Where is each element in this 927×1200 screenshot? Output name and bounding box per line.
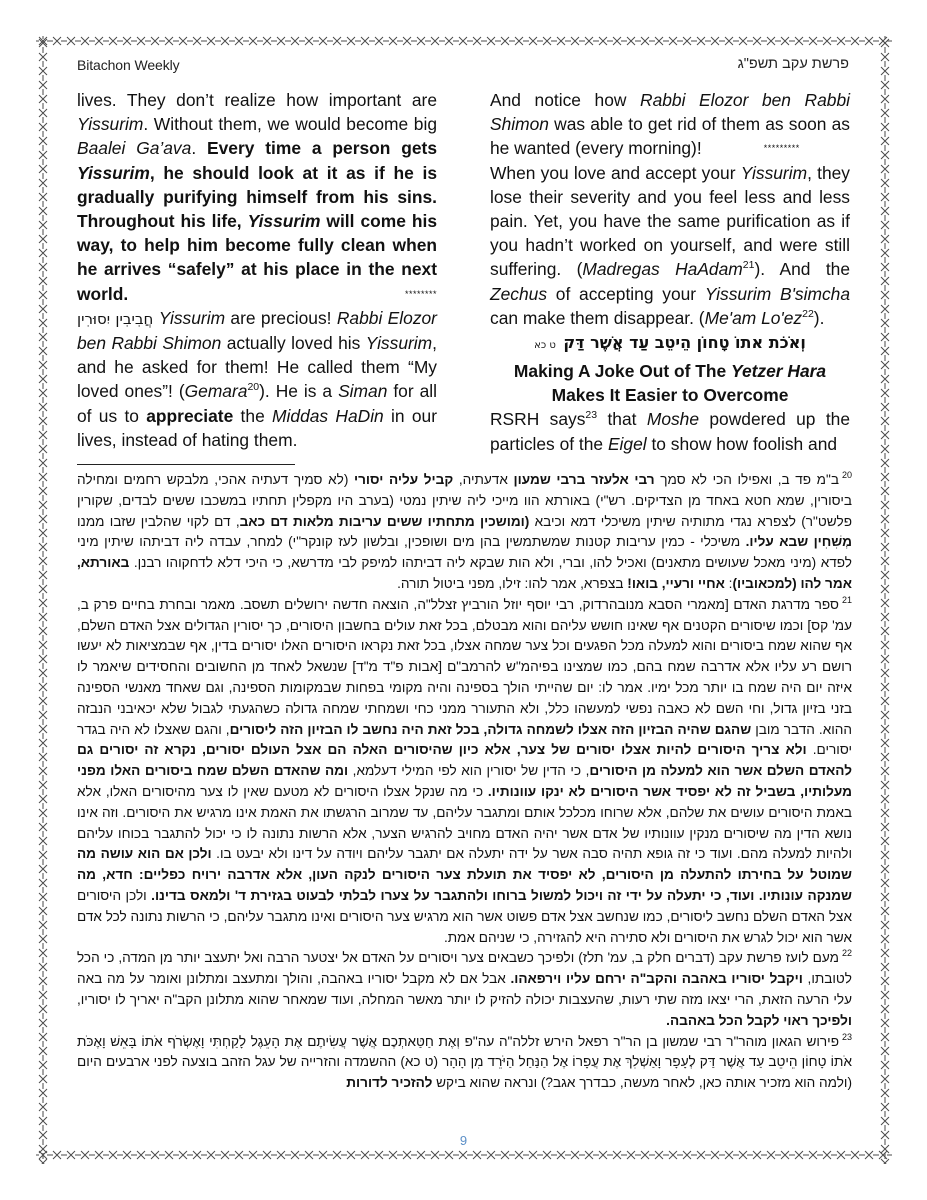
footnote-23: 23פירוש הגאון מוהר"ר רבי שמשון בן הר"ר ר… [77,1032,852,1094]
decorative-border-right [878,36,892,1164]
publication-title: Bitachon Weekly [77,57,180,73]
footnote-ref-21: 21 [743,259,755,271]
footnote-ref-23: 23 [585,409,597,421]
footnote-separator [77,464,295,465]
emphasis-text: Every time a person gets Yissurim, he sh… [77,138,437,303]
left-column: lives. They don’t realize how important … [77,88,437,452]
paragraph: And notice how Rabbi Elozor ben Rabbi Sh… [490,88,850,161]
paragraph: חֲבִיבִין יִסוּרִין Yissurim are preciou… [77,306,437,452]
decorative-border-top [36,34,892,48]
paragraph: RSRH says23 that Moshe powdered up the p… [490,407,850,455]
decorative-border-bottom [36,1148,892,1162]
section-separator: ******** [405,282,437,306]
footnote-22: 22מעם לועז פרשת עקב (דברים חלק ב, עמ' תל… [77,948,852,1031]
right-column: And notice how Rabbi Elozor ben Rabbi Sh… [490,88,850,456]
paragraph: lives. They don’t realize how important … [77,88,437,306]
footnote-ref-20: 20 [247,381,259,393]
page-number: 9 [0,1133,927,1148]
footnote-ref-22: 22 [802,308,814,320]
footnotes: 20ב"מ פד ב, ואפילו הכי לא סמך רבי אלעזר … [77,470,852,1094]
footnote-21: 21ספר מדרגת האדם [מאמרי הסבא מנובהרדוק, … [77,595,852,949]
section-heading-hebrew: וְאֹכֹת אתוֹ טָחוֹן הֵיטֵב עַד אֲשֶׁר דַ… [490,330,850,359]
section-separator: ********* [764,143,800,153]
decorative-border-left [36,36,50,1164]
verse-reference: ט כא [534,340,556,351]
parsha-title: פרשת עקב תשפ"ג [738,56,849,72]
footnote-20: 20ב"מ פד ב, ואפילו הכי לא סמך רבי אלעזר … [77,470,852,595]
paragraph: When you love and accept your Yissurim, … [490,161,850,330]
section-heading: Making A Joke Out of The Yetzer Hara Mak… [490,359,850,407]
